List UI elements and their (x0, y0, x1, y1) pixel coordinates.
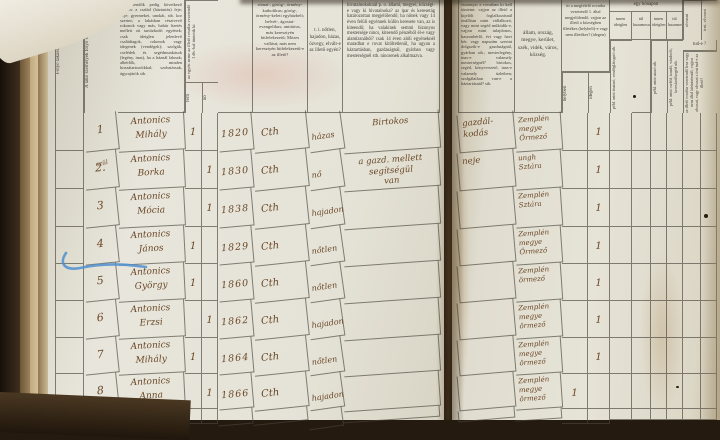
cell-empty (632, 151, 651, 189)
occupation-column-header: hivatalnokoknál p. o. állami, megyei, kö… (343, 0, 440, 113)
cell-empty (683, 189, 701, 227)
cell-year: 1862 (216, 300, 254, 340)
month-group-header: egy hónapon (610, 0, 683, 12)
cell-name: Antonics Mihály (117, 336, 186, 375)
cell-relation (456, 299, 516, 341)
cell-empty (55, 151, 84, 189)
cell-marital: nő (306, 149, 346, 192)
cell-num: 4 (82, 225, 120, 265)
page-edge-band (30, 0, 40, 420)
cell-num (84, 407, 119, 420)
cell-empty (701, 301, 717, 338)
cell-empty (55, 374, 84, 409)
cell-empty (55, 338, 84, 374)
cell-empty (651, 301, 667, 338)
cell-marital: hajadon (306, 187, 346, 230)
cell-empty (55, 189, 84, 227)
cell-place: Zemplén örmező (514, 262, 563, 302)
cell-male: 1 (185, 227, 202, 264)
cell-empty (683, 338, 701, 374)
cell-empty (632, 338, 651, 374)
cell-empty (701, 338, 717, 374)
cell-relation (457, 372, 517, 412)
cell-empty (610, 409, 632, 420)
month-col-3-header: innen ideiglen (651, 12, 667, 40)
cell-empty (667, 338, 683, 374)
cell-local (562, 338, 588, 374)
local-column-header: helybeli (562, 72, 588, 113)
cell-empty (610, 113, 632, 151)
cell-name: Antonics Erzsi (117, 299, 186, 339)
cell-foreign: 1 (588, 113, 610, 151)
cell-empty (632, 227, 651, 264)
cell-religion: Cth (251, 186, 310, 230)
cell-num: 7 (82, 336, 120, 375)
cell-num: 8 (82, 372, 119, 410)
cell-empty (651, 189, 667, 227)
cell-relation: gazdál- kodás (456, 111, 516, 154)
month-col-1-header: innen ideiglen (610, 12, 632, 40)
cell-empty (701, 227, 717, 264)
cell-empty (610, 374, 632, 409)
cell-female: 1 (202, 151, 218, 189)
cell-year: 1866 (217, 373, 255, 411)
cell-religion: Cth (251, 148, 310, 192)
cell-empty (683, 151, 701, 189)
cell-place: Zemplén megye Örmező (514, 111, 564, 152)
cell-empty (55, 113, 84, 151)
cell-name: Antonics Mihály (117, 111, 186, 152)
cell-name: Antonics György (117, 262, 186, 302)
month-col-2-note (632, 40, 651, 113)
cell-empty (610, 151, 632, 189)
cell-foreign (588, 409, 610, 420)
cell-male (185, 301, 202, 338)
sex-column-note: az egyén neme az illető rovatba vezetend… (185, 0, 218, 82)
cell-empty (55, 409, 84, 420)
residency-column-note: itt a megfelelő rovatba vezetendő 1. ált… (562, 0, 610, 72)
cell-empty (610, 264, 632, 301)
cell-religion: Cth (251, 298, 310, 341)
birth-year-column-header (218, 0, 253, 113)
cell-relation (456, 187, 516, 230)
person-number-column-header: A lakó személyek folyó száma (84, 0, 118, 113)
cell-male (185, 151, 202, 189)
cell-empty (610, 301, 632, 338)
cell-local (562, 189, 588, 227)
cell-empty (55, 264, 84, 301)
cell-empty (701, 151, 717, 189)
page-edge-band (20, 0, 32, 420)
cell-year: 1829 (216, 226, 254, 266)
cell-local (562, 151, 588, 189)
cell-year: 1820 (216, 112, 254, 153)
cell-empty (651, 338, 667, 374)
cell-place: Zemplén megye Örmező (514, 225, 563, 265)
cell-empty (701, 264, 717, 301)
cell-name: Antonics Mócia (117, 187, 186, 228)
cell-empty (701, 409, 717, 420)
cell-empty (667, 301, 683, 338)
literacy-group-header: tud-e ? (683, 40, 717, 51)
cell-empty (667, 264, 683, 301)
cell-female (202, 264, 218, 301)
cell-empty (701, 113, 717, 151)
cell-place (515, 407, 563, 420)
cell-local (562, 301, 588, 338)
cell-year: 1860 (216, 263, 254, 303)
cell-empty (667, 151, 683, 189)
cell-marital: nőtlen (306, 225, 346, 267)
cell-empty (683, 301, 701, 338)
cell-marital: nőtlen (306, 262, 346, 304)
cell-num: 2. (82, 149, 120, 190)
cell-religion: Cth (251, 371, 309, 412)
cell-relation (456, 262, 516, 304)
male-column-header: férfi (185, 82, 202, 113)
cell-year (217, 408, 253, 420)
cell-empty (667, 227, 683, 264)
cell-name: Antonics János (117, 225, 186, 265)
cell-num: 1 (82, 111, 120, 152)
cell-relation: neje (456, 149, 516, 192)
cell-place: Zemplén Sztára (514, 187, 564, 228)
cell-foreign: 1 (588, 189, 610, 227)
cell-empty (651, 374, 667, 409)
cell-empty (683, 113, 701, 151)
cell-empty (651, 227, 667, 264)
cell-empty (667, 409, 683, 420)
marital-column-header: t. i. nőtlen, hajadon, házas, özvegy, el… (308, 0, 343, 113)
cell-local (562, 264, 588, 301)
cell-female (202, 113, 218, 151)
cell-empty (667, 374, 683, 409)
cell-year: 1830 (216, 150, 254, 191)
cell-female: 1 (202, 374, 218, 409)
cell-empty (610, 227, 632, 264)
scanned-census-register: Folyó lakásszám A lakó személyek folyó s… (0, 0, 720, 420)
cell-male: 1 (185, 113, 202, 151)
cell-empty (667, 113, 683, 151)
literacy-column-note: az illető rovatba vezetendő lesz vagy ne… (683, 51, 717, 113)
cell-marital: hajadon (306, 299, 346, 341)
cell-empty (651, 151, 667, 189)
cell-male: 1 (185, 264, 202, 301)
cell-marital: házas (306, 111, 346, 154)
foreign-column-header: idegen (588, 72, 610, 113)
cell-female (202, 338, 218, 374)
cell-empty (683, 227, 701, 264)
ink-speck (676, 386, 679, 388)
cell-year: 1838 (216, 188, 254, 229)
cell-year: 1864 (216, 337, 254, 376)
cell-empty (667, 189, 683, 227)
cell-name: Antonics Anna (117, 372, 186, 410)
female-column-header: nő (202, 82, 218, 113)
cell-female (202, 409, 218, 420)
cell-empty (701, 189, 717, 227)
cell-male: 1 (185, 338, 202, 374)
cell-empty (651, 264, 667, 301)
cell-place: ungh Sztára (514, 149, 564, 190)
cell-female: 1 (202, 301, 218, 338)
cell-foreign (588, 374, 610, 409)
book-spine-edge (0, 0, 26, 420)
cell-male (185, 409, 202, 420)
cell-place: Zemplén megye örmező (514, 372, 563, 410)
cell-place: Zemplén megye örmező (514, 336, 563, 375)
cell-foreign: 1 (588, 151, 610, 189)
cell-empty (651, 409, 667, 420)
cell-empty (610, 189, 632, 227)
ink-speck (633, 95, 636, 98)
cell-empty (683, 264, 701, 301)
cell-empty (632, 409, 651, 420)
cell-religion: Cth (251, 261, 310, 304)
religion-column-header: római-, görög-, örmény-katholikus; görög… (253, 0, 308, 113)
cell-marital: hajadon (306, 372, 346, 412)
cell-female: 1 (202, 189, 218, 227)
cell-foreign: 1 (588, 338, 610, 374)
month-col-4-note: péld. mint cseléd, tanuló, vándorló, ker… (667, 40, 683, 113)
cell-marital: nőtlen (306, 336, 346, 377)
cell-religion: Cth (251, 110, 310, 154)
month-col-2-header: túl huzamosan (632, 12, 651, 40)
cell-empty (55, 227, 84, 264)
cell-female (202, 227, 218, 264)
cell-male (185, 189, 202, 227)
cell-religion: Cth (251, 335, 309, 377)
month-col-1-note: péld. mint átutazó, vendéglátogató stb. (610, 40, 632, 113)
cell-relation (456, 225, 516, 267)
cell-relation (457, 336, 517, 377)
cell-male (185, 374, 202, 409)
cell-name: Antonics Borka (117, 149, 186, 190)
cell-empty (632, 264, 651, 301)
cell-empty (701, 374, 717, 409)
write-column-header: írni, olvasni (701, 0, 717, 40)
place-column-header: állam, ország, megye, kerület, szék, vid… (515, 0, 562, 113)
cell-local (562, 409, 588, 420)
cell-empty (683, 409, 701, 420)
cell-num: 5 (82, 262, 120, 302)
read-column-header: olvasni (683, 0, 701, 40)
cell-empty (632, 301, 651, 338)
month-col-3-note: péld. mint utazó stb. (651, 40, 667, 113)
cell-empty (651, 113, 667, 151)
cell-empty (55, 301, 84, 338)
cell-num: 6 (82, 299, 120, 339)
cell-empty (632, 374, 651, 409)
cell-local: 1 (562, 374, 588, 409)
cell-empty (632, 189, 651, 227)
ink-speck (704, 214, 708, 218)
cell-local (562, 227, 588, 264)
cell-empty (610, 338, 632, 374)
relation-column-header: viszonya: e rovatban ki kell tüntetni: v… (458, 0, 515, 113)
cell-local (562, 113, 588, 151)
cell-foreign: 1 (588, 227, 610, 264)
cell-empty (683, 374, 701, 409)
names-column-header: Bevezetendők pedig következő sorban: a c… (118, 0, 185, 113)
cell-num: 3 (82, 187, 120, 228)
cell-religion: Cth (251, 224, 310, 267)
dwelling-number-column-header: Folyó lakásszám (55, 0, 84, 113)
month-col-4-header: túl huzamosan (667, 12, 683, 40)
cell-empty (632, 113, 651, 151)
cell-foreign: 1 (588, 301, 610, 338)
cell-foreign: 1 (588, 264, 610, 301)
cell-place: Zemplén megye örmező (514, 299, 563, 339)
